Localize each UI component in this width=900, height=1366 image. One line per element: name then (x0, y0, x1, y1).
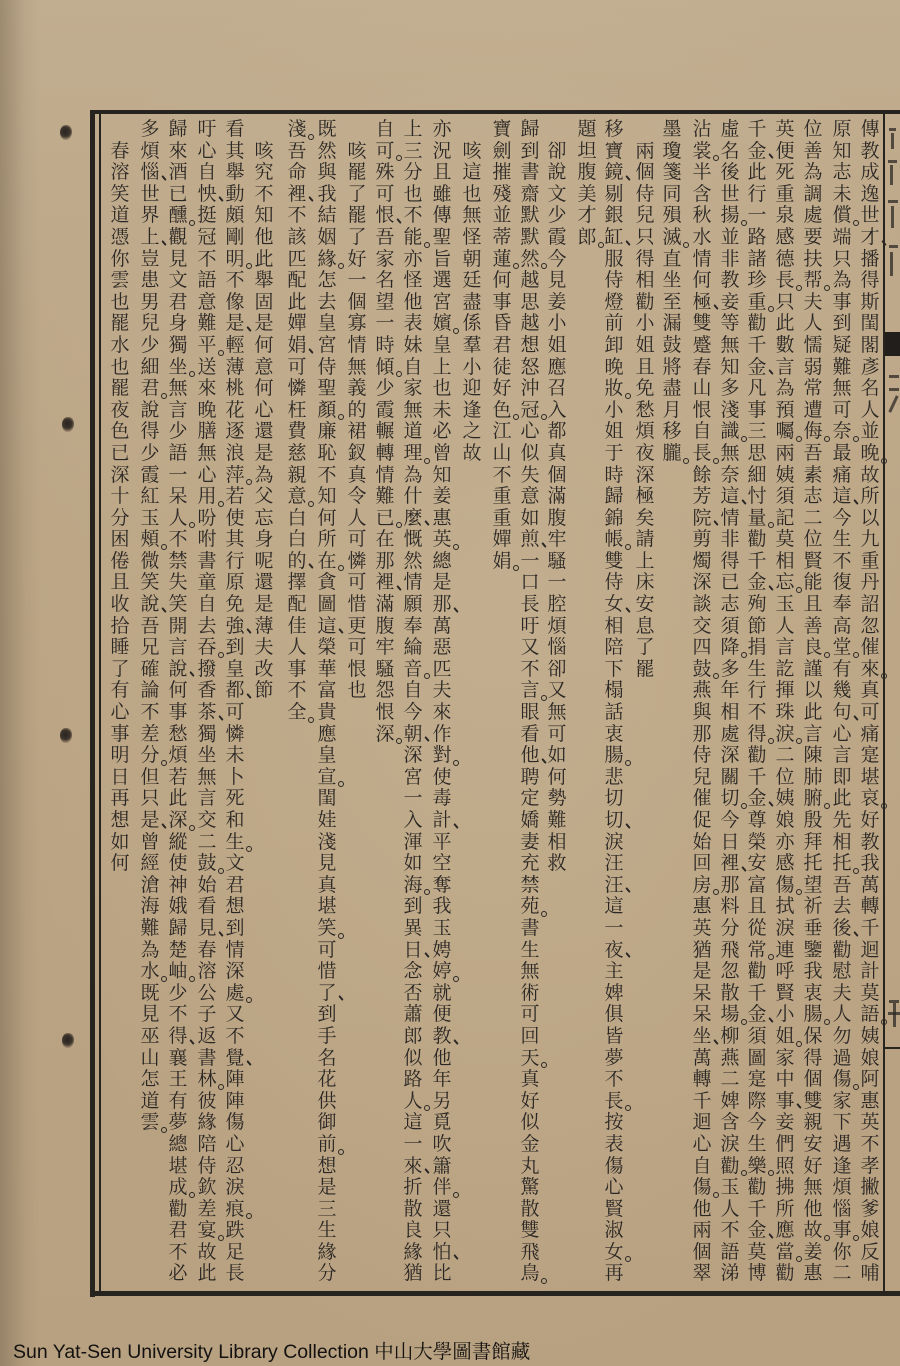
character: 漏 (660, 313, 684, 335)
character: 殞 (660, 205, 684, 227)
character: 償 (830, 205, 854, 227)
punctuation-circle-icon (741, 436, 747, 442)
character: 楚 (166, 940, 190, 962)
character: 殊 (373, 162, 397, 184)
character: 怪 (401, 270, 425, 292)
character: 笑 (138, 572, 162, 594)
punctuation-circle-icon (713, 458, 719, 464)
character: 心 (195, 465, 219, 487)
character: 強 (223, 616, 247, 638)
frame-bottom-border (90, 1291, 900, 1296)
character: 常 (801, 378, 825, 400)
character: 淚 (223, 1177, 247, 1199)
character: 逢 (830, 1156, 854, 1178)
character: 頰 (138, 529, 162, 551)
character: 才 (858, 227, 882, 249)
character: 皇 (223, 659, 247, 681)
character: 書 (518, 162, 542, 184)
character: 我 (858, 853, 882, 875)
character: 意 (518, 486, 542, 508)
character: 也 (345, 680, 369, 702)
character: 色 (108, 421, 132, 443)
character: 裡 (718, 853, 742, 875)
character: 題 (575, 119, 599, 141)
character: 帮 (801, 270, 825, 292)
character: 志 (718, 594, 742, 616)
character: 可 (518, 1004, 542, 1026)
character: 囑 (773, 421, 797, 443)
fold-strip-glyph-fragment (891, 133, 894, 149)
character: 比 (430, 1263, 454, 1285)
character: 還 (252, 572, 276, 594)
character: 且 (108, 572, 132, 594)
character: 應 (545, 357, 569, 379)
character: 齋 (518, 184, 542, 206)
character: 看 (223, 119, 247, 141)
character: 其 (223, 141, 247, 163)
punctuation-tick-icon (338, 995, 343, 1001)
character: 二 (801, 508, 825, 530)
character: 到 (830, 313, 854, 335)
character: 送 (195, 357, 219, 379)
character: 郎 (575, 227, 599, 249)
character: 個 (545, 465, 569, 487)
fold-strip-divider (884, 1047, 900, 1049)
character: 相 (718, 702, 742, 724)
character: 勸 (745, 313, 769, 335)
character: 結 (315, 205, 339, 227)
character: 言 (773, 637, 797, 659)
character: 坐 (166, 357, 190, 379)
character: 傾 (373, 357, 397, 379)
character: 皆 (602, 1026, 626, 1048)
character: 此 (801, 702, 825, 724)
punctuation-circle-icon (453, 1192, 459, 1198)
character: 折 (401, 1177, 425, 1199)
character: 卻 (545, 141, 569, 163)
text-column: 原知志未償端只為事到疑難無可奈最痛這今生不復奉高堂有幾句心言即此先相托吾去後勸慰… (830, 119, 854, 1285)
character: 跌 (223, 1220, 247, 1242)
character: 確 (138, 659, 162, 681)
character: 望 (373, 292, 397, 314)
character: 已 (718, 572, 742, 594)
punctuation-tick-icon (424, 520, 429, 526)
character: 萬 (858, 875, 882, 897)
character: 自 (690, 421, 714, 443)
character: 嬌 (518, 810, 542, 832)
character: 處 (223, 983, 247, 1005)
character: 夜 (602, 940, 626, 962)
character: 娟 (285, 335, 309, 357)
character: 腹 (373, 616, 397, 638)
punctuation-circle-icon (881, 803, 887, 809)
character: 憐 (223, 724, 247, 746)
character: 獨 (195, 724, 219, 746)
character: 但 (138, 767, 162, 789)
character: 親 (801, 1112, 825, 1134)
character: 如 (518, 508, 542, 530)
character: 可 (858, 702, 882, 724)
character: 對 (430, 745, 454, 767)
punctuation-circle-icon (338, 781, 344, 787)
character: 肺 (801, 767, 825, 789)
character: 圖 (315, 594, 339, 616)
scanned-book-page: 傳教成逸世才播得斯閨閣彥名人並晚故所以九重丹詔忽催來真可痛寔堪哀好教我萬轉千迴計… (0, 0, 900, 1366)
character: 燭 (690, 551, 714, 573)
character: 溶 (195, 961, 219, 983)
punctuation-circle-icon (625, 760, 631, 766)
character: 差 (195, 1199, 219, 1221)
character: 來 (401, 1156, 425, 1178)
character: 金 (745, 572, 769, 594)
character: 還 (252, 421, 276, 443)
character: 姜 (801, 1242, 825, 1264)
character: 去 (830, 896, 854, 918)
character: 女 (602, 1242, 626, 1264)
character: 缸 (602, 227, 626, 249)
character: 情 (223, 940, 247, 962)
character: 祈 (801, 896, 825, 918)
character: 睡 (108, 637, 132, 659)
character: 姐 (602, 421, 626, 443)
character: 表 (602, 1134, 626, 1156)
character: 慈 (285, 443, 309, 465)
character: 心 (195, 141, 219, 163)
character: 朝 (460, 249, 484, 271)
character: 恨 (373, 702, 397, 724)
character: 妝 (602, 378, 626, 400)
character: 後 (718, 162, 742, 184)
character: 可 (373, 184, 397, 206)
character: 雙 (690, 313, 714, 335)
text-column: 卻說文少霞今見姜小姐應召入都真個滿腹牢騷一腔煩惱卻又無可如何勢難相救 (545, 141, 569, 875)
character: 覓 (430, 1112, 454, 1134)
character: 節 (745, 616, 769, 638)
character: 心 (690, 1134, 714, 1156)
character: 去 (195, 616, 219, 638)
character: 教 (858, 141, 882, 163)
character: 語 (166, 443, 190, 465)
character: 差 (138, 724, 162, 746)
character: 路 (745, 227, 769, 249)
character: 處 (801, 205, 825, 227)
character: 怏 (195, 184, 219, 206)
character: 得 (858, 270, 882, 292)
character: 夜 (633, 443, 657, 465)
character: 緣 (315, 1242, 339, 1264)
character: 得 (745, 724, 769, 746)
character: 挺 (195, 205, 219, 227)
character: 素 (801, 465, 825, 487)
character: 切 (602, 788, 626, 810)
character: 想 (108, 810, 132, 832)
character: 成 (858, 162, 882, 184)
character: 華 (315, 659, 339, 681)
character: 貴 (315, 702, 339, 724)
character: 萍 (223, 465, 247, 487)
character: 兒 (138, 313, 162, 335)
character: 英 (773, 119, 797, 141)
character: 蓮 (490, 249, 514, 271)
character: 失 (518, 465, 542, 487)
character: 勸 (745, 745, 769, 767)
character: 召 (545, 378, 569, 400)
character: 名 (315, 1048, 339, 1070)
character: 帳 (602, 529, 626, 551)
character: 心 (518, 421, 542, 443)
character: 總 (166, 1134, 190, 1156)
character: 兩 (773, 443, 797, 465)
character: 秋 (690, 205, 714, 227)
character: 播 (858, 249, 882, 271)
character: 相 (773, 551, 797, 573)
character: 回 (518, 1026, 542, 1048)
character: 毒 (430, 788, 454, 810)
character: 冠 (195, 227, 219, 249)
character: 無 (718, 335, 742, 357)
character: 年 (430, 1069, 454, 1091)
character: 兒 (633, 205, 657, 227)
character: 驚 (518, 1177, 542, 1199)
character: 垂 (801, 918, 825, 940)
punctuation-tick-icon (189, 671, 194, 677)
character: 相 (545, 832, 569, 854)
character: 少 (138, 335, 162, 357)
character: 少 (166, 421, 190, 443)
character: 不 (252, 184, 276, 206)
character: 場 (718, 1004, 742, 1026)
character: 等 (718, 313, 742, 335)
character: 我 (430, 896, 454, 918)
character: 銀 (602, 205, 626, 227)
punctuation-circle-icon (189, 976, 195, 982)
fold-strip-glyph-fragment (889, 128, 896, 131)
character: 娃 (315, 810, 339, 832)
character: 降 (718, 637, 742, 659)
punctuation-circle-icon (796, 285, 802, 291)
character: 可 (830, 400, 854, 422)
character: 廉 (315, 421, 339, 443)
character: 救 (545, 853, 569, 875)
character: 忽 (858, 616, 882, 638)
character: 伴 (430, 1177, 454, 1199)
character: 這 (401, 1112, 425, 1134)
fold-strip-glyph-fragment (888, 200, 898, 203)
character: 忘 (252, 508, 276, 530)
character: 夫 (830, 983, 854, 1005)
character: 姐 (773, 1026, 797, 1048)
character: 分 (401, 162, 425, 184)
text-column: 看其舉動頗剛明不像是輕薄桃花逐浪萍若使其行原免強到皇都可憐未卜死和生文君想到情深… (223, 119, 247, 1285)
character: 爹 (858, 1199, 882, 1221)
fold-strip-glyph-fragment (889, 388, 899, 391)
character: 裳 (690, 141, 714, 163)
character: 位 (773, 767, 797, 789)
character: 院 (690, 508, 714, 530)
character: 無 (801, 1177, 825, 1199)
character: 匹 (285, 249, 309, 271)
character: 有 (166, 1091, 190, 1113)
character: 身 (252, 529, 276, 551)
fold-strip-glyph-fragment (889, 375, 899, 378)
character: 重 (490, 508, 514, 530)
character: 緣 (401, 1242, 425, 1264)
character: 姐 (633, 335, 657, 357)
character: 惠 (858, 1091, 882, 1113)
character: 四 (690, 637, 714, 659)
character: 作 (430, 724, 454, 746)
character: 以 (801, 680, 825, 702)
character: 何 (252, 335, 276, 357)
character: 未 (430, 400, 454, 422)
character: 縱 (166, 832, 190, 854)
character: 語 (195, 270, 219, 292)
character: 莫 (858, 983, 882, 1005)
character: 淺 (718, 400, 742, 422)
character: 御 (315, 1112, 339, 1134)
character: 三 (745, 421, 769, 443)
character: 溶 (108, 162, 132, 184)
punctuation-circle-icon (541, 1062, 547, 1068)
character: 連 (773, 940, 797, 962)
text-column: 咳罷了罷了好一個寡情無義的裙釵真令人可憐可惜更可恨也 (345, 141, 369, 702)
character: 惱 (138, 162, 162, 184)
character: 小 (773, 1004, 797, 1026)
character: 今 (745, 1112, 769, 1134)
character: 浪 (223, 443, 247, 465)
character: 下 (602, 659, 626, 681)
character: 時 (373, 335, 397, 357)
punctuation-circle-icon (161, 760, 167, 766)
character: 閨 (858, 313, 882, 335)
character: 此 (252, 249, 276, 271)
punctuation-circle-icon (853, 220, 859, 226)
character: 深 (401, 745, 425, 767)
character: 並 (858, 421, 882, 443)
character: 曾 (138, 832, 162, 854)
character: 生 (315, 1220, 339, 1242)
character: 痛 (858, 724, 882, 746)
character: 來 (430, 702, 454, 724)
character: 英 (690, 918, 714, 940)
character: 分 (108, 508, 132, 530)
character: 昏 (490, 313, 514, 335)
character: 呼 (773, 961, 797, 983)
character: 長 (518, 594, 542, 616)
character: 不 (195, 249, 219, 271)
character: 只 (773, 292, 797, 314)
character: 重 (773, 184, 797, 206)
character: 哀 (858, 788, 882, 810)
character: 知 (252, 205, 276, 227)
character: 何 (166, 680, 190, 702)
character: 無 (830, 378, 854, 400)
punctuation-circle-icon (453, 760, 459, 766)
character: 傳 (430, 205, 454, 227)
character: 妻 (518, 832, 542, 854)
character: 罷 (345, 205, 369, 227)
character: 珠 (773, 702, 797, 724)
character: 多 (138, 119, 162, 141)
character: 無 (460, 205, 484, 227)
character: 夫 (430, 680, 454, 702)
character: 行 (745, 680, 769, 702)
character: 一 (373, 313, 397, 335)
character: 玉 (718, 1177, 742, 1199)
character: 蹙 (690, 335, 714, 357)
character: 白 (285, 508, 309, 530)
character: 腑 (801, 788, 825, 810)
character: 男 (138, 292, 162, 314)
character: 不 (490, 465, 514, 487)
fold-strip-glyph-fragment (889, 245, 898, 248)
character: 然 (315, 141, 339, 163)
character: 遇 (830, 1134, 854, 1156)
character: 箋 (660, 162, 684, 184)
character: 界 (138, 205, 162, 227)
punctuation-circle-icon (218, 868, 224, 874)
character: 痛 (830, 465, 854, 487)
character: 弱 (801, 357, 825, 379)
character: 來 (166, 141, 190, 163)
character: 只 (633, 227, 657, 249)
character: 侍 (690, 745, 714, 767)
punctuation-circle-icon (453, 328, 459, 334)
character: 慰 (830, 961, 854, 983)
character: 死 (773, 162, 797, 184)
character: 得 (633, 249, 657, 271)
character: 心 (252, 400, 276, 422)
character: 茶 (195, 702, 219, 724)
character: 一 (166, 465, 190, 487)
punctuation-circle-icon (189, 825, 195, 831)
character: 呢 (252, 551, 276, 573)
character: 這 (718, 486, 742, 508)
character: 再 (108, 788, 132, 810)
character: 免 (223, 594, 247, 616)
character: 拭 (773, 896, 797, 918)
character: 煩 (138, 141, 162, 163)
character: 寔 (858, 745, 882, 767)
character: 子 (195, 1004, 219, 1026)
character: 婢 (602, 983, 626, 1005)
character: 嬋 (490, 529, 514, 551)
character: 何 (252, 378, 276, 400)
character: 含 (690, 184, 714, 206)
character: 真 (345, 465, 369, 487)
character: 笑 (166, 594, 190, 616)
character: 至 (660, 292, 684, 314)
character: 故 (460, 443, 484, 465)
text-column: 吁心自怏挺冠不語意難平送來晚膳無心用吩咐書童自去吞撥香茶獨坐無言交二鼓始看見春溶… (195, 119, 219, 1285)
punctuation-circle-icon (853, 436, 859, 442)
character: 是 (138, 810, 162, 832)
character: 長 (602, 1091, 626, 1113)
character: 名 (858, 378, 882, 400)
character: 詔 (858, 594, 882, 616)
character: 吁 (518, 616, 542, 638)
character: 說 (166, 659, 190, 681)
character: 將 (660, 357, 684, 379)
character: 先 (830, 810, 854, 832)
character: 已 (166, 184, 190, 206)
character: 淚 (602, 832, 626, 854)
punctuation-circle-icon (161, 976, 167, 982)
character: 滅 (660, 227, 684, 249)
character: 羣 (460, 335, 484, 357)
character: 博 (745, 1263, 769, 1285)
character: 最 (830, 443, 854, 465)
